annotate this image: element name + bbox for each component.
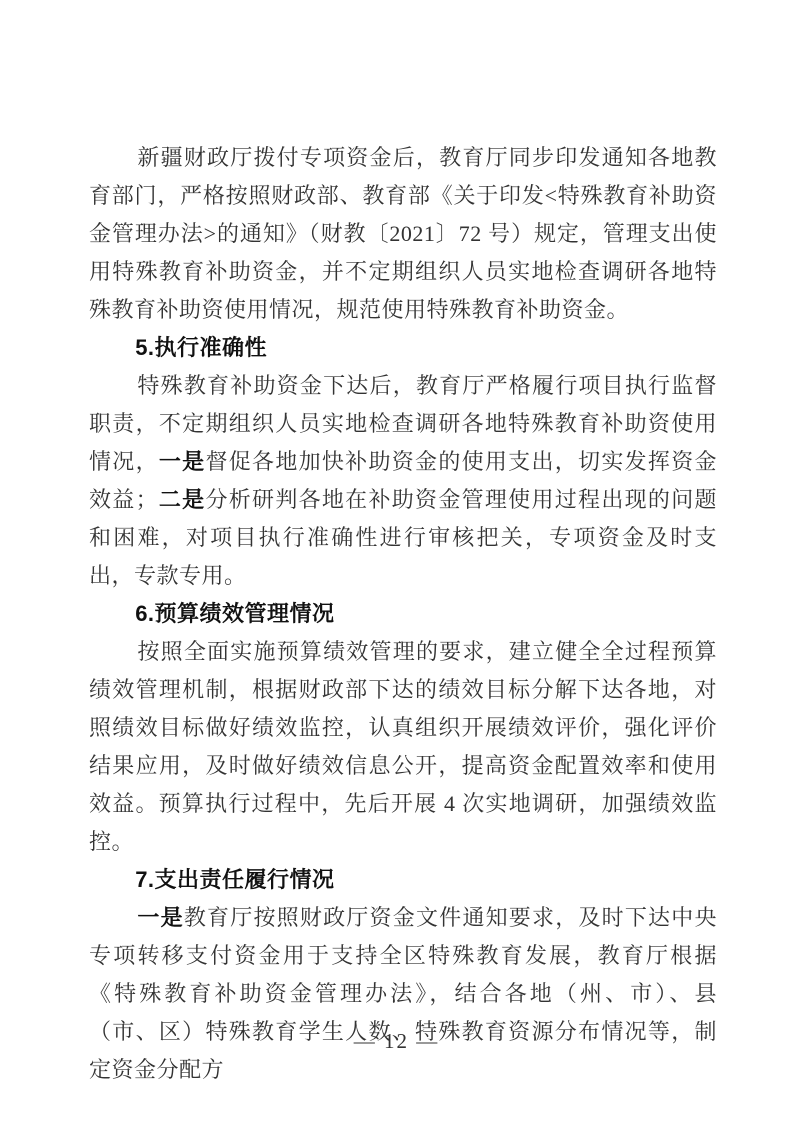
section-heading-budget-performance: 6.预算绩效管理情况 [89, 595, 717, 633]
document-page: 新疆财政厅拨付专项资金后，教育厅同步印发通知各地教育部门，严格按照财政部、教育部… [0, 0, 793, 1122]
text-run: 新疆财政厅拨付专项资金后，教育厅同步印发通知各地教育部门，严格按照财政部、教育部… [89, 145, 717, 322]
paragraph-expenditure-responsibility: 一是教育厅按照财政厅资金文件通知要求，及时下达中央专项转移支付资金用于支持全区特… [89, 899, 717, 1089]
text-run: 按照全面实施预算绩效管理的要求，建立健全全过程预算绩效管理机制，根据财政部下达的… [89, 639, 717, 854]
emphasis-run: 一是 [137, 905, 183, 930]
section-heading-expenditure-responsibility: 7.支出责任履行情况 [89, 861, 717, 899]
page-footer: — 12 — [0, 1026, 793, 1056]
emphasis-run: 一是 [159, 449, 206, 474]
document-body: 新疆财政厅拨付专项资金后，教育厅同步印发通知各地教育部门，严格按照财政部、教育部… [89, 139, 717, 1089]
paragraph-budget-performance: 按照全面实施预算绩效管理的要求，建立健全全过程预算绩效管理机制，根据财政部下达的… [89, 633, 717, 861]
page-number: — 12 — [354, 1026, 440, 1056]
paragraph-fund-disbursement: 新疆财政厅拨付专项资金后，教育厅同步印发通知各地教育部门，严格按照财政部、教育部… [89, 139, 717, 329]
section-heading-execution-accuracy: 5.执行准确性 [89, 329, 717, 367]
paragraph-execution-accuracy: 特殊教育补助资金下达后，教育厅严格履行项目执行监督职责，不定期组织人员实地检查调… [89, 367, 717, 595]
emphasis-run: 二是 [158, 487, 205, 512]
